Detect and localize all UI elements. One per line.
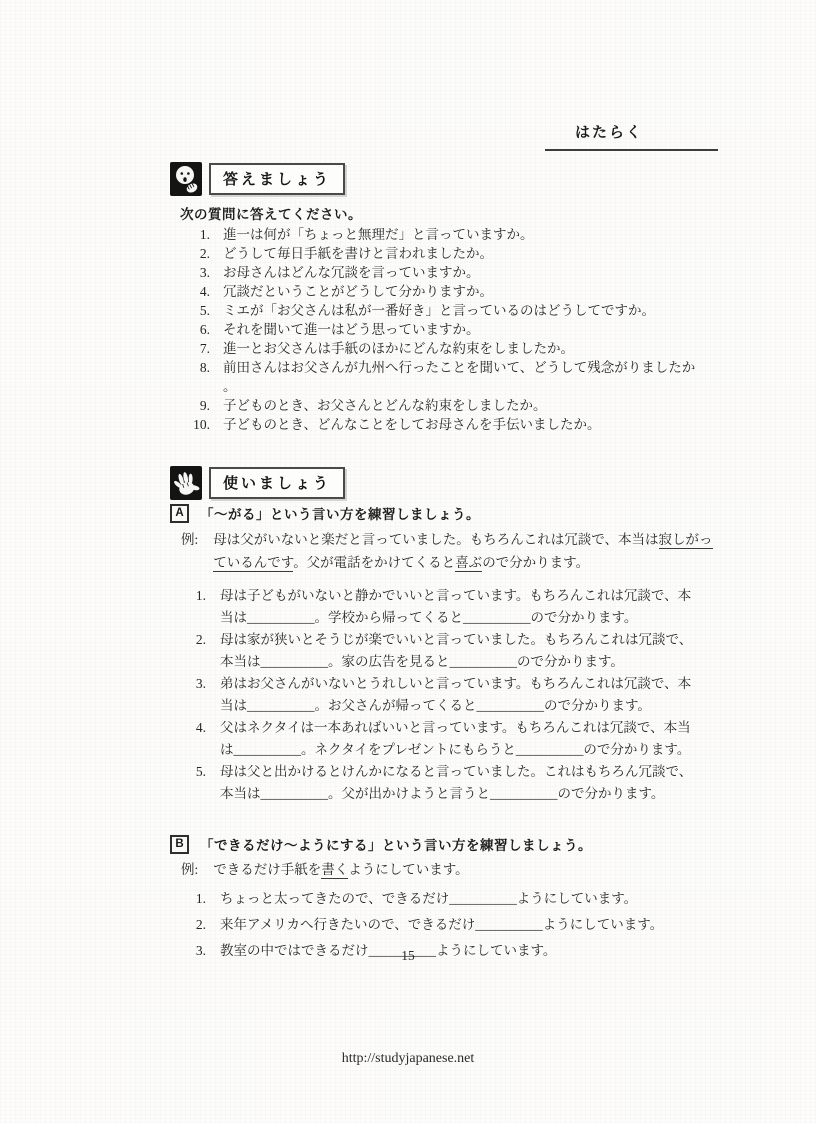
question-number: 10. <box>180 415 210 434</box>
part-a-example: 例: 母は父がいないと楽だと言っていました。もちろんこれは冗談で、本当は寂しがっ… <box>181 529 725 574</box>
use-section-head: 使いましょう <box>170 466 345 500</box>
part-a-title: 「〜がる」という言い方を練習しましょう。 <box>200 503 480 523</box>
exercise-number: 1. <box>180 886 206 912</box>
question-number: 8. <box>180 358 210 396</box>
part-a-letter-box: A <box>170 504 189 523</box>
question-item: 9. 子どものとき、お父さんとどんな約束をしましたか。 <box>180 396 702 415</box>
exercise-text: 母は父と出かけるとけんかになると言っていました。これはもちろん冗談で、本当は__… <box>220 761 698 805</box>
example-text: 母は父がいないと楽だと言っていました。もちろんこれは冗談で、本当は寂しがっている… <box>213 529 725 574</box>
question-item: 2. どうして毎日手紙を書けと言われましたか。 <box>180 244 702 263</box>
question-text: 子どものとき、お父さんとどんな約束をしましたか。 <box>223 396 702 415</box>
question-item: 10. 子どものとき、どんなことをしてお母さんを手伝いましたか。 <box>180 415 702 434</box>
question-number: 6. <box>180 320 210 339</box>
exercise-item: 3. 弟はお父さんがいないとうれしいと言っています。もちろんこれは冗談で、本当は… <box>180 673 698 717</box>
question-text: 前田さんはお父さんが九州へ行ったことを聞いて、どうして残念がりましたか。 <box>223 358 702 396</box>
question-text: 進一は何が「ちょっと無理だ」と言っていますか。 <box>223 225 702 244</box>
question-text: それを聞いて進一はどう思っていますか。 <box>223 320 702 339</box>
question-number: 4. <box>180 282 210 301</box>
part-a-head: A 「〜がる」という言い方を練習しましょう。 <box>170 503 480 523</box>
section-title-answer: 答えましょう <box>209 163 345 195</box>
speaking-face-icon <box>170 162 202 196</box>
part-b-head: B 「できるだけ〜ようにする」という言い方を練習しましょう。 <box>170 834 592 854</box>
chapter-title: はたらく <box>575 124 643 141</box>
example-text: できるだけ手紙を書くようにしています。 <box>213 859 725 881</box>
question-item: 5. ミエが「お父さんは私が一番好き」と言っているのはどうしてですか。 <box>180 301 702 320</box>
question-item: 6. それを聞いて進一はどう思っていますか。 <box>180 320 702 339</box>
exercise-item: 2. 来年アメリカへ行きたいので、できるだけ__________ようにしています… <box>180 912 720 938</box>
exercise-number: 5. <box>180 761 206 805</box>
question-item: 1. 進一は何が「ちょっと無理だ」と言っていますか。 <box>180 225 702 244</box>
example-label: 例: <box>181 859 198 881</box>
question-number: 1. <box>180 225 210 244</box>
part-b-letter-box: B <box>170 835 189 854</box>
footer-url: http://studyjapanese.net <box>0 1051 816 1067</box>
answer-instruction: 次の質問に答えてください。 <box>180 203 362 223</box>
exercise-text: 父はネクタイは一本あればいいと言っています。もちろんこれは冗談で、本当は____… <box>220 717 698 761</box>
question-item: 8. 前田さんはお父さんが九州へ行ったことを聞いて、どうして残念がりましたか。 <box>180 358 702 396</box>
exercise-text: ちょっと太ってきたので、できるだけ__________ようにしています。 <box>220 886 720 912</box>
question-text: 進一とお父さんは手紙のほかにどんな約束をしましたか。 <box>223 339 702 358</box>
question-text: 子どものとき、どんなことをしてお母さんを手伝いましたか。 <box>223 415 702 434</box>
exercise-text: 弟はお父さんがいないとうれしいと言っています。もちろんこれは冗談で、本当は___… <box>220 673 698 717</box>
question-text: どうして毎日手紙を書けと言われましたか。 <box>223 244 702 263</box>
example-label: 例: <box>181 529 198 574</box>
exercise-number: 4. <box>180 717 206 761</box>
question-item: 3. お母さんはどんな冗談を言っていますか。 <box>180 263 702 282</box>
exercise-number: 3. <box>180 673 206 717</box>
exercise-number: 2. <box>180 629 206 673</box>
exercise-text: 来年アメリカへ行きたいので、できるだけ__________ようにしています。 <box>220 912 720 938</box>
question-item: 4. 冗談だということがどうして分かりますか。 <box>180 282 702 301</box>
part-a-items: 1. 母は子どもがいないと静かでいいと言っています。もちろんこれは冗談で、本当は… <box>180 585 698 805</box>
question-number: 7. <box>180 339 210 358</box>
hand-icon <box>170 466 202 500</box>
chapter-header: はたらく <box>545 121 718 151</box>
exercise-item: 1. 母は子どもがいないと静かでいいと言っています。もちろんこれは冗談で、本当は… <box>180 585 698 629</box>
part-b-example: 例: できるだけ手紙を書くようにしています。 <box>181 859 725 881</box>
question-item: 7. 進一とお父さんは手紙のほかにどんな約束をしましたか。 <box>180 339 702 358</box>
question-number: 3. <box>180 263 210 282</box>
exercise-item: 4. 父はネクタイは一本あればいいと言っています。もちろんこれは冗談で、本当は_… <box>180 717 698 761</box>
question-number: 9. <box>180 396 210 415</box>
exercise-item: 5. 母は父と出かけるとけんかになると言っていました。これはもちろん冗談で、本当… <box>180 761 698 805</box>
answer-section-head: 答えましょう <box>170 162 345 196</box>
exercise-item: 1. ちょっと太ってきたので、できるだけ__________ようにしています。 <box>180 886 720 912</box>
question-text: ミエが「お父さんは私が一番好き」と言っているのはどうしてですか。 <box>223 301 702 320</box>
question-number: 5. <box>180 301 210 320</box>
exercise-number: 2. <box>180 912 206 938</box>
exercise-text: 母は家が狭いとそうじが楽でいいと言っていました。もちろんこれは冗談で、本当は__… <box>220 629 698 673</box>
exercise-number: 1. <box>180 585 206 629</box>
question-number: 2. <box>180 244 210 263</box>
question-text: 冗談だということがどうして分かりますか。 <box>223 282 702 301</box>
page-number: 15 <box>0 948 816 964</box>
exercise-text: 母は子どもがいないと静かでいいと言っています。もちろんこれは冗談で、本当は___… <box>220 585 698 629</box>
question-list: 1. 進一は何が「ちょっと無理だ」と言っていますか。 2. どうして毎日手紙を書… <box>180 225 702 434</box>
textbook-page: はたらく 答えましょう 次の質問に答えてください。 <box>0 0 816 1123</box>
exercise-item: 2. 母は家が狭いとそうじが楽でいいと言っていました。もちろんこれは冗談で、本当… <box>180 629 698 673</box>
section-title-use: 使いましょう <box>209 467 345 499</box>
part-b-title: 「できるだけ〜ようにする」という言い方を練習しましょう。 <box>200 834 592 854</box>
question-text: お母さんはどんな冗談を言っていますか。 <box>223 263 702 282</box>
